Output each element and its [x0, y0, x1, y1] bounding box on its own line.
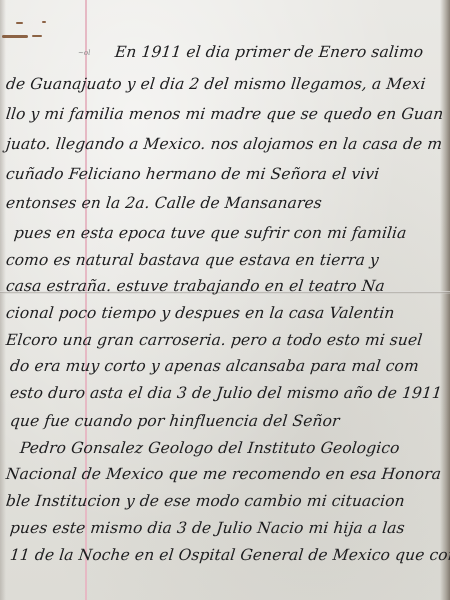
handwritten-line: 11 de la Noche en el Ospital General de …: [9, 546, 450, 564]
handwritten-line: do era muy corto y apenas alcansaba para…: [9, 357, 420, 375]
handwritten-line: ble Institucion y de ese modo cambio mi …: [5, 492, 406, 510]
handwritten-line: como es natural bastava que estava en ti…: [5, 251, 380, 269]
rust-stain: [2, 35, 28, 38]
handwritten-line: cuñado Feliciano hermano de mi Señora el…: [5, 165, 380, 183]
handwritten-line: En 1911 el dia primer de Enero salimo: [114, 43, 424, 61]
handwritten-line: pues este mismo dia 3 de Julio Nacio mi …: [9, 519, 406, 537]
handwritten-line: entonses en la 2a. Calle de Mansanares: [5, 194, 323, 212]
handwritten-line: casa estraña. estuve trabajando en el te…: [5, 277, 386, 295]
margin-annotation: ~ol: [78, 49, 90, 57]
handwritten-line: de Guanajuato y el dia 2 del mismo llega…: [5, 75, 426, 93]
handwritten-line: Pedro Gonsalez Geologo del Instituto Geo…: [19, 439, 400, 457]
handwritten-line: Nacional de Mexico que me recomendo en e…: [5, 465, 442, 483]
paper-right-edge: [440, 0, 450, 600]
handwritten-line: juato. llegando a Mexico. nos alojamos e…: [5, 135, 443, 153]
handwritten-line: llo y mi familia menos mi madre que se q…: [5, 105, 444, 123]
handwritten-line: Elcoro una gran carroseria. pero a todo …: [5, 331, 423, 349]
handwritten-line: cional poco tiempo y despues en la casa …: [5, 304, 395, 322]
rust-stain: [42, 21, 46, 23]
document-page: ~ol En 1911 el dia primer de Enero salim…: [0, 0, 450, 600]
handwritten-line: que fue cuando por hinfluencia del Señor: [9, 412, 340, 430]
rust-stain: [16, 22, 23, 24]
rust-stain: [32, 35, 42, 37]
handwritten-line: esto duro asta el dia 3 de Julio del mis…: [9, 384, 443, 402]
handwritten-line: pues en esta epoca tuve que sufrir con m…: [13, 224, 407, 242]
